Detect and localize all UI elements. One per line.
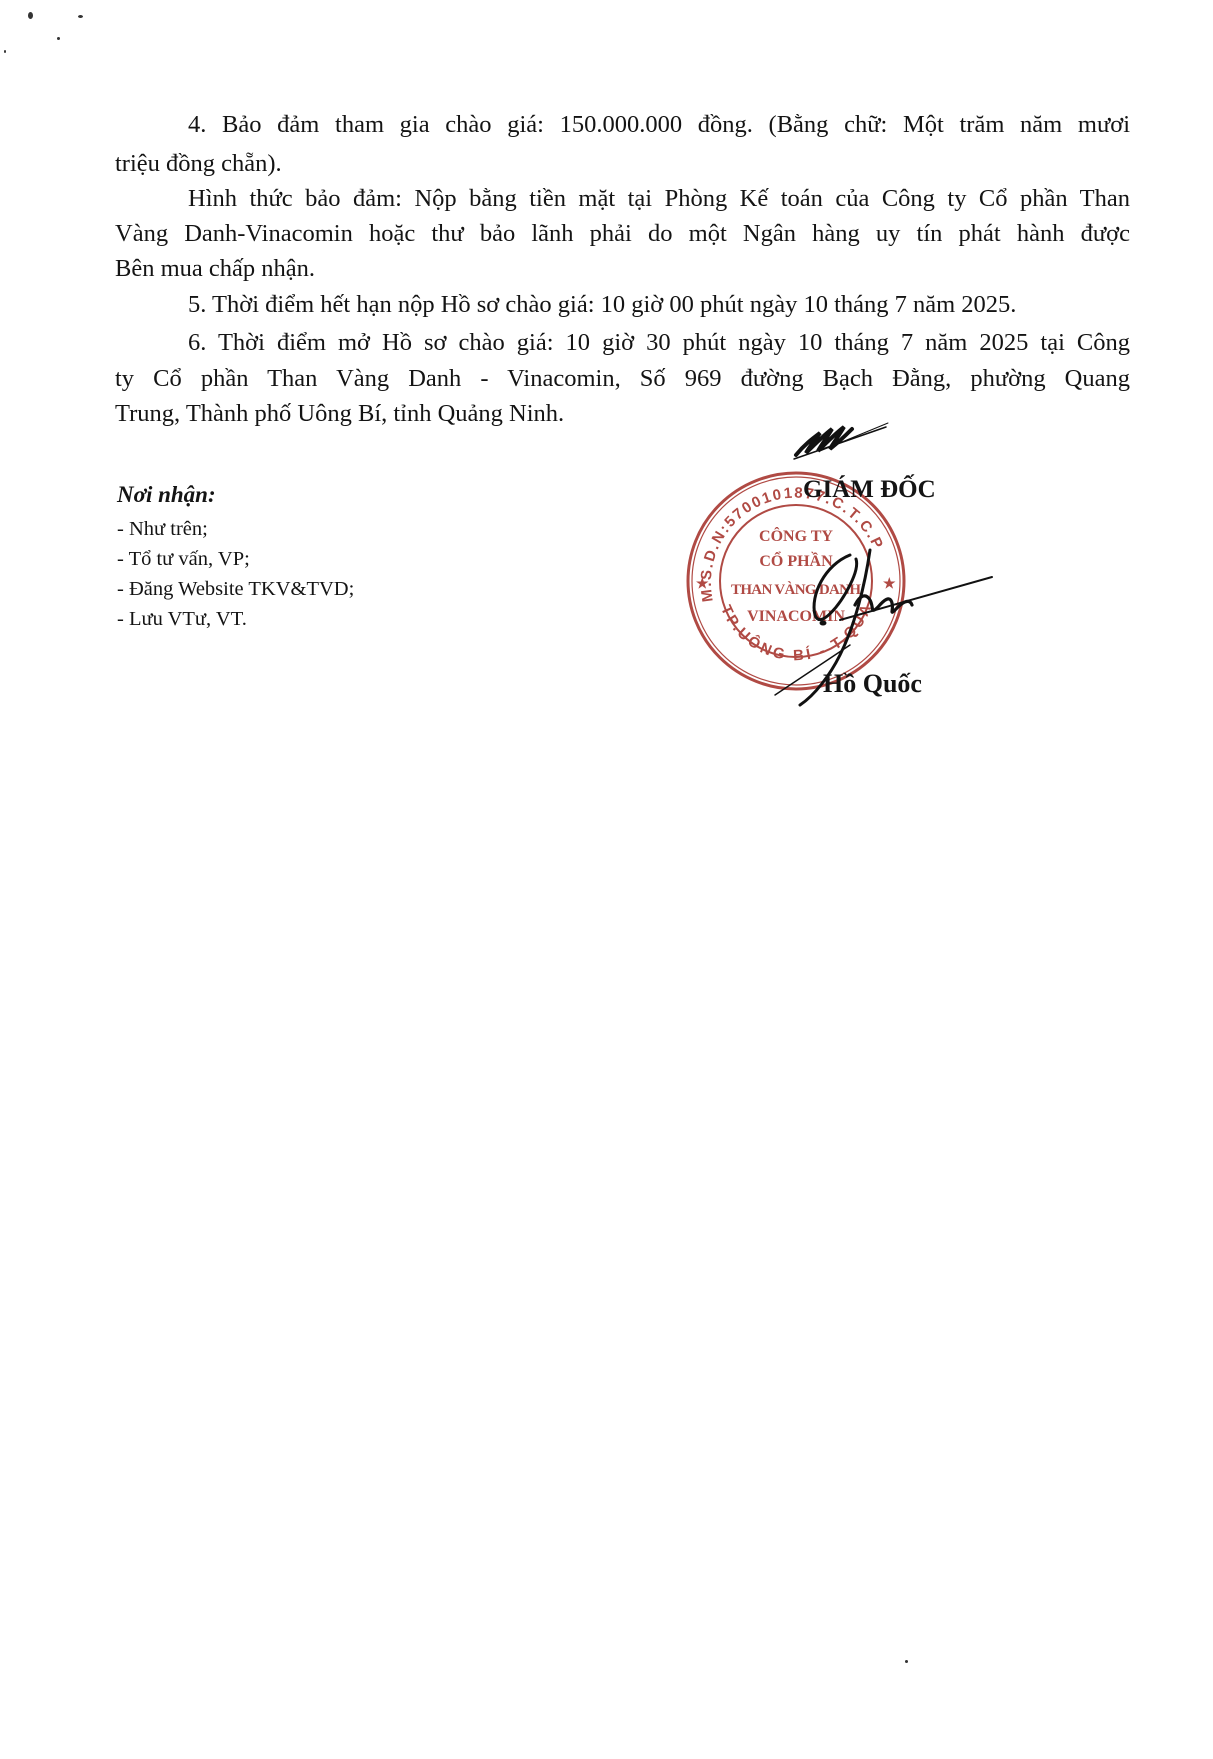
scan-speck: [57, 37, 60, 40]
recipient-item: - Lưu VTư, VT.: [117, 604, 354, 634]
guarantee-form-line-2: Vàng Danh-Vinacomin hoặc thư bảo lãnh ph…: [115, 222, 1130, 247]
scan-speck: [905, 1660, 908, 1663]
recipient-item: - Như trên;: [117, 514, 354, 544]
paragraph-6-line-2: ty Cổ phần Than Vàng Danh - Vinacomin, S…: [115, 367, 1130, 392]
signer-name: Hồ Quốc: [823, 669, 922, 699]
svg-text:CỔ PHẦN: CỔ PHẦN: [759, 550, 833, 570]
recipient-item: - Tổ tư vấn, VP;: [117, 544, 354, 574]
paragraph-4-line-2: triệu đồng chẵn).: [115, 152, 1130, 177]
recipients-heading: Nơi nhận:: [117, 482, 354, 508]
scan-speck: [78, 15, 83, 18]
svg-text:THAN VÀNG DANH: THAN VÀNG DANH: [731, 581, 861, 598]
recipient-item: - Đăng Website TKV&TVD;: [117, 574, 354, 604]
paragraph-6-line-1: 6. Thời điểm mở Hồ sơ chào giá: 10 giờ 3…: [188, 331, 1130, 356]
guarantee-form-line-1: Hình thức bảo đảm: Nộp bằng tiền mặt tại…: [188, 187, 1130, 212]
signer-title: GIÁM ĐỐC: [803, 476, 936, 504]
paragraph-4-line-1: 4. Bảo đảm tham gia chào giá: 150.000.00…: [188, 113, 1130, 138]
guarantee-form-line-3: Bên mua chấp nhận.: [115, 257, 1130, 282]
svg-text:VINACOMIN: VINACOMIN: [747, 608, 845, 625]
scan-speck: [28, 12, 33, 19]
recipients-block: Nơi nhận: - Như trên; - Tổ tư vấn, VP; -…: [117, 482, 354, 634]
paragraph-5-line-1: 5. Thời điểm hết hạn nộp Hồ sơ chào giá:…: [188, 293, 1130, 318]
svg-text:★: ★: [883, 575, 896, 591]
document-page: 4. Bảo đảm tham gia chào giá: 150.000.00…: [0, 0, 1213, 1759]
paragraph-6-line-3: Trung, Thành phố Uông Bí, tỉnh Quảng Nin…: [115, 402, 1130, 427]
scan-speck: [4, 50, 6, 53]
svg-text:CÔNG TY: CÔNG TY: [759, 526, 833, 545]
svg-text:★: ★: [696, 575, 709, 591]
